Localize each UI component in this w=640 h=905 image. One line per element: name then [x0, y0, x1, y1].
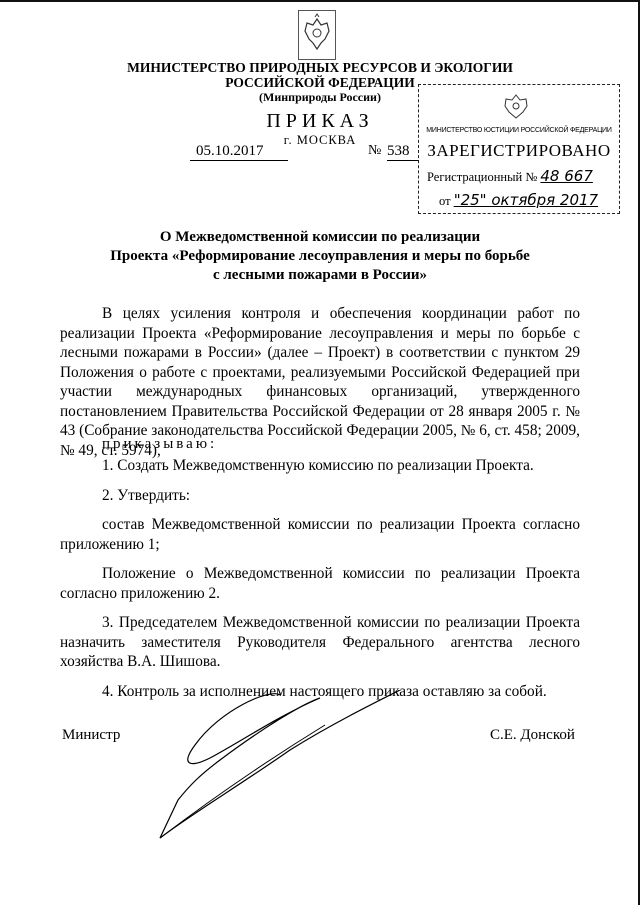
- stamp-date-prefix: от: [439, 194, 451, 208]
- page-top-edge: [0, 0, 640, 2]
- stamp-reg-label: Регистрационный №: [427, 170, 537, 184]
- orders-word: приказываю:: [102, 436, 217, 453]
- stamp-ministry: МИНИСТЕРСТВО ЮСТИЦИИ РОССИЙСКОЙ ФЕДЕРАЦИ…: [419, 127, 619, 134]
- handwritten-signature: [150, 690, 410, 865]
- stamp-date-value: "25" октября 2017: [454, 191, 598, 209]
- document-title: О Межведомственной комиссии по реализаци…: [60, 228, 580, 285]
- stamp-emblem-icon: [501, 91, 531, 121]
- item-1: 1. Создать Межведомственную комиссию по …: [60, 456, 580, 476]
- order-items: 1. Создать Межведомственную комиссию по …: [60, 456, 580, 701]
- coat-of-arms-icon: [298, 10, 336, 60]
- signatory-position: Министр: [62, 727, 120, 744]
- signatory-name: С.Е. Донской: [490, 727, 575, 744]
- title-line1: О Межведомственной комиссии по реализаци…: [60, 228, 580, 247]
- title-line2: Проекта «Реформирование лесоуправления и…: [60, 247, 580, 266]
- item-2: 2. Утвердить:: [60, 486, 580, 506]
- item-2a: состав Межведомственной комиссии по реал…: [60, 515, 580, 554]
- stamp-status: ЗАРЕГИСТРИРОВАНО: [419, 141, 619, 161]
- item-3: 3. Председателем Межведомственной комисс…: [60, 613, 580, 672]
- ministry-name-line1: МИНИСТЕРСТВО ПРИРОДНЫХ РЕСУРСОВ И ЭКОЛОГ…: [120, 60, 520, 75]
- document-type: ПРИКАЗ: [200, 110, 440, 133]
- stamp-reg-number: 48 667: [540, 167, 593, 185]
- document-date: 05.10.2017: [190, 143, 288, 161]
- title-line3: с лесными пожарами в России»: [60, 266, 580, 285]
- stamp-date-row: от "25" октября 2017: [439, 191, 598, 209]
- document-number: 538: [387, 143, 419, 161]
- stamp-reg-row: Регистрационный № 48 667: [427, 167, 593, 185]
- item-2b: Положение о Межведомственной комиссии по…: [60, 564, 580, 603]
- registration-stamp: МИНИСТЕРСТВО ЮСТИЦИИ РОССИЙСКОЙ ФЕДЕРАЦИ…: [418, 84, 620, 214]
- document-number-label: №: [368, 143, 381, 159]
